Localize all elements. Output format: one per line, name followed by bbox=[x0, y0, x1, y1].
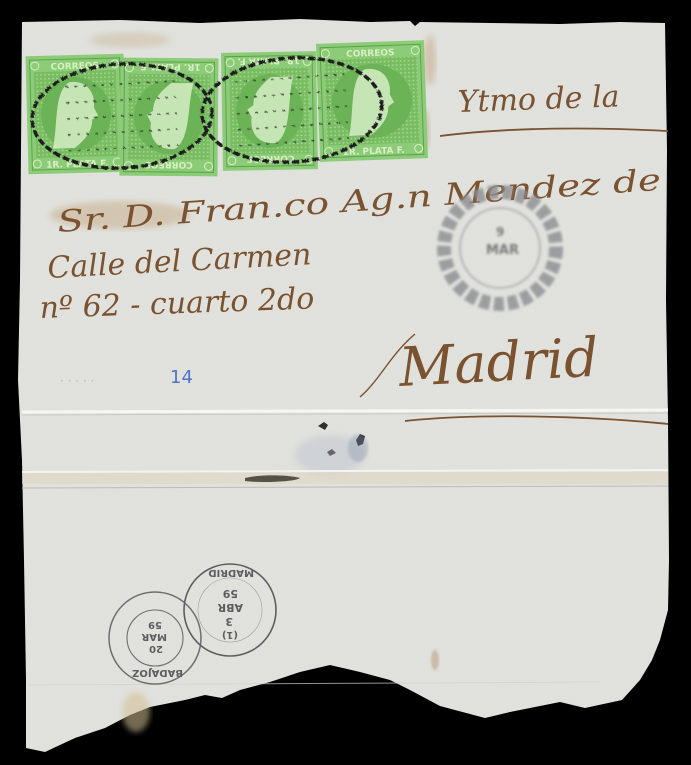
front-postmark-day: 9 bbox=[496, 225, 504, 239]
madrid-month: ABR bbox=[217, 601, 243, 614]
stamp-top-text: CORREOS bbox=[346, 48, 395, 60]
pencil-number: 14 bbox=[170, 367, 193, 388]
badajoz-city: BADAJOZ bbox=[132, 667, 183, 678]
badajoz-month: MAR bbox=[141, 631, 167, 642]
salutation-text: Ytmo de la bbox=[457, 79, 620, 120]
front-postmark-month: MAR bbox=[486, 243, 519, 258]
badajoz-day: 20 bbox=[149, 643, 163, 654]
madrid-day: 3 bbox=[225, 615, 233, 628]
postal-cover-photo: CORREOS1R. PLATA F.CORREOS1R. PLATA F.CO… bbox=[0, 0, 691, 765]
stamp: CORREOS1R. PLATA F. bbox=[316, 40, 428, 162]
madrid-office: (1) bbox=[222, 629, 238, 640]
madrid-year: 59 bbox=[223, 587, 238, 600]
badajoz-year: 59 bbox=[148, 619, 162, 630]
stamp-strip: CORREOS1R. PLATA F.CORREOS1R. PLATA F.CO… bbox=[25, 40, 428, 176]
faint-pencil-marks: · · · · · bbox=[60, 374, 94, 388]
madrid-city: MADRID bbox=[208, 567, 254, 578]
address-city: Madrid bbox=[396, 326, 600, 399]
backstamp-madrid: (1) 3 ABR 59 MADRID bbox=[184, 564, 276, 656]
